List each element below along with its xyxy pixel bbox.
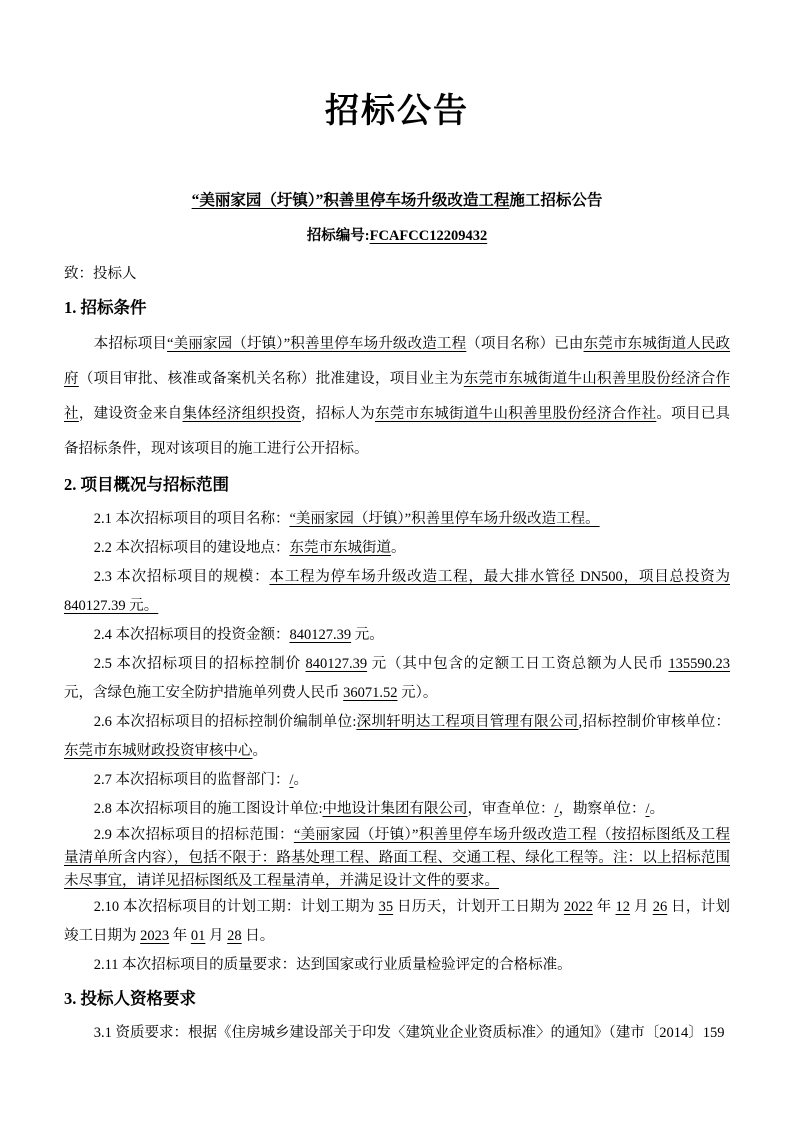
text-run: 2.5 本次招标项目的招标控制价 <box>94 656 306 672</box>
underlined-text-run: 2023 <box>140 928 169 944</box>
clause-3-1: 3.1 资质要求：根据《住房城乡建设部关于印发〈建筑业企业资质标准〉的通知》（建… <box>64 1019 730 1048</box>
text-run: 3.1 资质要求：根据《住房城乡建设部关于印发〈建筑业企业资质标准〉的通知》（建… <box>94 1025 725 1041</box>
text-run: 日。 <box>242 928 275 944</box>
text-run: 2.6 本次招标项目的招标控制价编制单位: <box>94 714 357 730</box>
text-run: 2.1 本次招标项目的项目名称： <box>94 511 290 527</box>
clause-2-9: 2.9 本次招标项目的招标范围：“美丽家园（圩镇）”积善里停车场升级改造工程（按… <box>64 824 730 894</box>
document-subtitle: “美丽家园（圩镇）”积善里停车场升级改造工程施工招标公告 <box>64 188 730 214</box>
underlined-text-run: “美丽家园（圩镇）”积善里停车场升级改造工程 <box>192 192 510 209</box>
text-run: （项目名称）已由 <box>466 336 583 352</box>
clause-2-8: 2.8 本次招标项目的施工图设计单位:中地设计集团有限公司，审查单位：/，勘察单… <box>64 795 730 824</box>
text-run: 2.11 本次招标项目的质量要求：达到国家或行业质量检验评定的合格标准。 <box>94 957 572 973</box>
text-run: 日历天，计划开工日期为 <box>393 899 564 915</box>
salutation: 致：投标人 <box>64 260 730 289</box>
text-run: 。 <box>650 801 665 817</box>
text-run: 2.3 本次招标项目的规模： <box>94 569 270 585</box>
text-run: 2.2 本次招标项目的建设地点： <box>94 540 290 556</box>
clause-2-11: 2.11 本次招标项目的质量要求：达到国家或行业质量检验评定的合格标准。 <box>64 951 730 980</box>
text-run: 。 <box>294 772 309 788</box>
text-run: ，勘察单位： <box>559 801 646 817</box>
text-run: 年 <box>169 928 191 944</box>
section-2-heading: 2. 项目概况与招标范围 <box>64 472 730 498</box>
underlined-text-run: “美丽家园（圩镇）”积善里停车场升级改造工程。 <box>289 511 599 527</box>
clause-2-10: 2.10 本次招标项目的计划工期：计划工期为 35 日历天，计划开工日期为 20… <box>64 893 730 951</box>
tender-number-line: 招标编号:FCAFCC12209432 <box>64 225 730 248</box>
section-3-heading: 3. 投标人资格要求 <box>64 986 730 1012</box>
underlined-text-run: 840127.39 <box>289 627 351 643</box>
text-run: 元，含绿色施工安全防护措施单列费人民币 <box>64 685 343 701</box>
underlined-text-run: 36071.52 <box>343 685 397 701</box>
underlined-text-run: “美丽家园（圩镇）”积善里停车场升级改造工程 <box>167 336 466 352</box>
text-run: （项目审批、核准或备案机关名称）批准建设，项目业主为 <box>79 371 464 387</box>
text-run: 。 <box>253 743 268 759</box>
text-run: ，审查单位： <box>468 801 555 817</box>
text-run: 本招标项目 <box>94 336 167 352</box>
text-run: 元）。 <box>398 685 438 701</box>
text-run: 2.7 本次招标项目的监督部门： <box>94 772 290 788</box>
underlined-text-run: 2022 <box>564 899 593 915</box>
underlined-text-run: 28 <box>227 928 242 944</box>
underlined-text-run: 东莞市东城财政投资审核中心 <box>64 743 253 759</box>
text-run: 2.8 本次招标项目的施工图设计单位: <box>94 801 323 817</box>
text-run: 月 <box>630 899 653 915</box>
text-run: 年 <box>593 899 616 915</box>
text-run: 元（其中包含的定额工日工资总额为人民币 <box>367 656 668 672</box>
underlined-text-run: 26 <box>653 899 668 915</box>
document-page: 招标公告 “美丽家园（圩镇）”积善里停车场升级改造工程施工招标公告 招标编号:F… <box>0 0 793 1122</box>
underlined-text-run: 集体经济组织投资 <box>182 406 300 422</box>
clause-2-6: 2.6 本次招标项目的招标控制价编制单位:深圳轩明达工程项目管理有限公司,招标控… <box>64 708 730 766</box>
underlined-text-run: 12 <box>616 899 631 915</box>
text-run: ,招标控制价审核单位： <box>579 714 731 730</box>
underlined-text-run: 840127.39 <box>305 656 367 672</box>
clause-2-1: 2.1 本次招标项目的项目名称：“美丽家园（圩镇）”积善里停车场升级改造工程。 <box>64 505 730 534</box>
underlined-text-run: 深圳轩明达工程项目管理有限公司 <box>356 714 578 730</box>
text-run: ，建设资金来自 <box>79 406 183 422</box>
tender-number-value: FCAFCC12209432 <box>370 228 488 244</box>
underlined-text-run: 01 <box>191 928 206 944</box>
clause-2-7: 2.7 本次招标项目的监督部门：/。 <box>64 766 730 795</box>
underlined-text-run: 中地设计集团有限公司 <box>323 801 468 817</box>
underlined-text-run: 35 <box>379 899 394 915</box>
text-run: 月 <box>205 928 227 944</box>
text-run: ，招标人为 <box>301 406 375 422</box>
clause-2-4: 2.4 本次招标项目的投资金额：840127.39 元。 <box>64 621 730 650</box>
section-1-paragraph: 本招标项目“美丽家园（圩镇）”积善里停车场升级改造工程（项目名称）已由东莞市东城… <box>64 327 730 466</box>
text-run: 元。 <box>351 627 384 643</box>
text-run: 2.10 本次招标项目的计划工期：计划工期为 <box>94 899 379 915</box>
text-run: 2.4 本次招标项目的投资金额： <box>94 627 290 643</box>
underlined-text-run: 东莞市东城街道 <box>289 540 391 556</box>
document-title: 招标公告 <box>64 90 730 134</box>
clause-2-5: 2.5 本次招标项目的招标控制价 840127.39 元（其中包含的定额工日工资… <box>64 650 730 708</box>
text-run: 2.9 本次招标项目的招标范围： <box>94 827 294 843</box>
tender-number-label: 招标编号: <box>307 228 370 244</box>
text-run: 。 <box>391 540 406 556</box>
clause-2-2: 2.2 本次招标项目的建设地点：东莞市东城街道。 <box>64 534 730 563</box>
text-run: 施工招标公告 <box>509 192 602 209</box>
section-1-heading: 1. 招标条件 <box>64 295 730 321</box>
clause-2-3: 2.3 本次招标项目的规模：本工程为停车场升级改造工程，最大排水管径 DN500… <box>64 563 730 621</box>
underlined-text-run: 东莞市东城街道牛山积善里股份经济合作社 <box>375 406 656 422</box>
underlined-text-run: 135590.23 <box>668 656 730 672</box>
